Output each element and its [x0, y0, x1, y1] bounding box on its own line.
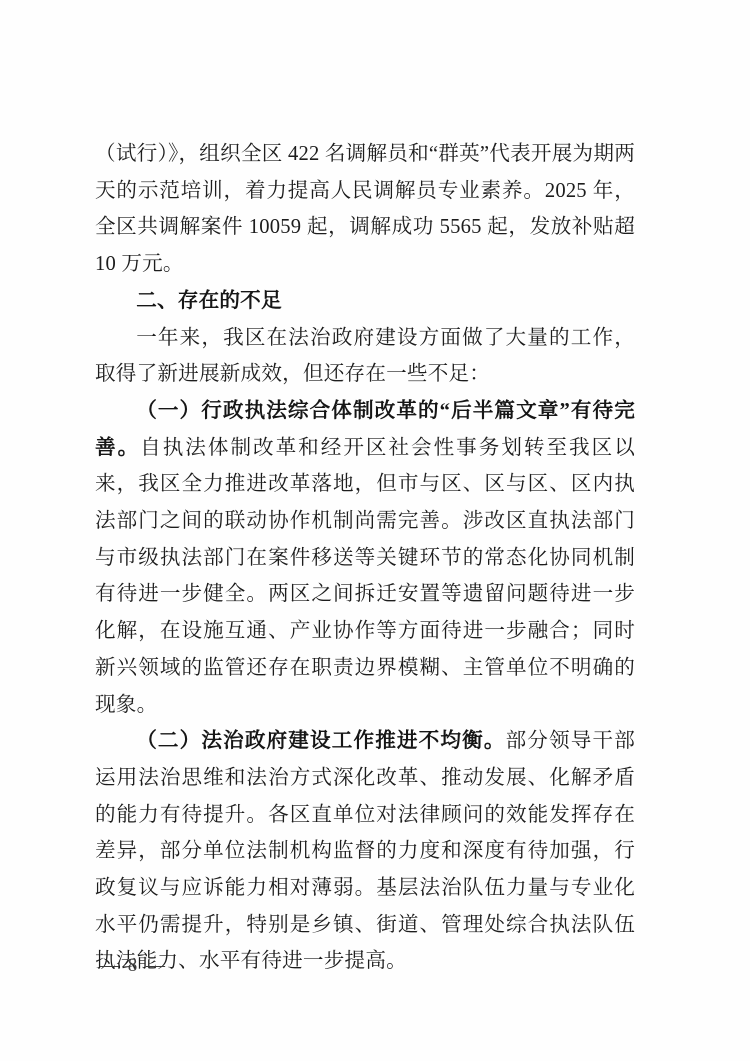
paragraph: 一年来，我区在法治政府建设方面做了大量的工作，取得了新进展新成效，但还存在一些不… — [95, 320, 635, 393]
paragraph-text: 部分领导干部运用法治思维和法治方式深化改革、推动发展、化解矛盾的能力有待提升。各… — [95, 730, 635, 972]
paragraph: （一）行政执法综合体制改革的“后半篇文章”有待完善。自执法体制改革和经开区社会性… — [95, 393, 635, 723]
page-number: — 8 — — [100, 951, 167, 981]
paragraph: （二）法治政府建设工作推进不均衡。部分领导干部运用法治思维和法治方式深化改革、推… — [95, 723, 635, 980]
document-body: （试行）》，组织全区 422 名调解员和“群英”代表开展为期两天的示范培训，着力… — [95, 136, 635, 980]
section-heading: 二、存在的不足 — [95, 283, 635, 320]
paragraph-continuation: （试行）》，组织全区 422 名调解员和“群英”代表开展为期两天的示范培训，着力… — [95, 136, 635, 283]
document-page: （试行）》，组织全区 422 名调解员和“群英”代表开展为期两天的示范培训，着力… — [0, 0, 750, 1061]
paragraph-text: 自执法体制改革和经开区社会性事务划转至我区以来，我区全力推进改革落地，但市与区、… — [95, 437, 635, 716]
paragraph-lead: （二）法治政府建设工作推进不均衡。 — [136, 730, 505, 752]
